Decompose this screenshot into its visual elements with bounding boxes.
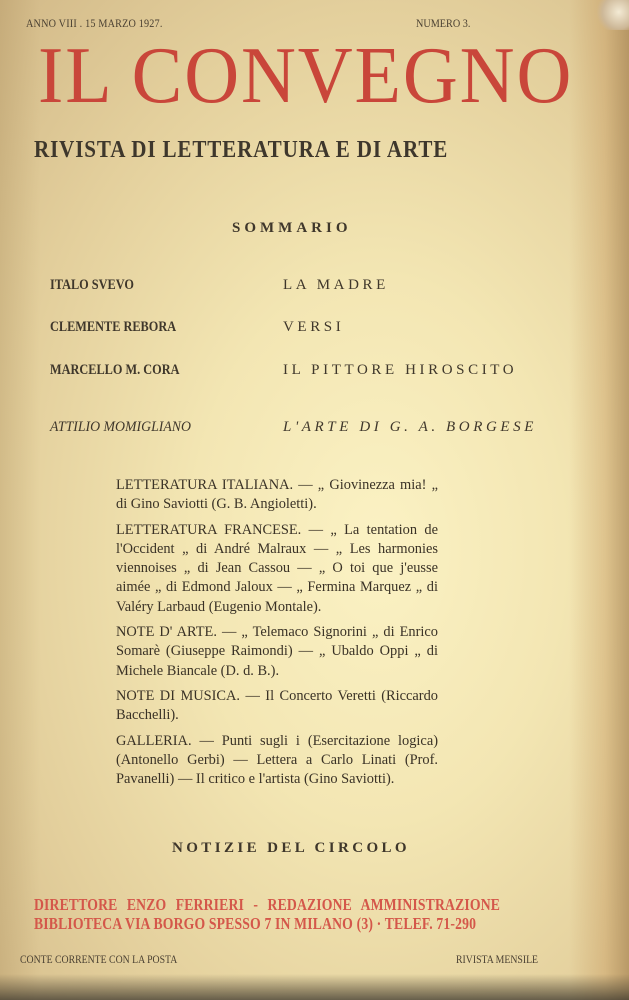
rubrica-heading: GALLERIA. [116,733,192,749]
torn-corner [595,0,629,30]
toc-entry: ITALO SVEVO LA MADRE [50,277,570,297]
rubrica-heading: NOTE DI MUSICA. [116,688,240,704]
toc-title: IL PITTORE HIROSCITO [283,362,517,379]
rubrica-letteratura-francese: LETTERATURA FRANCESE. — „ La tentation d… [116,521,438,617]
rubrica-heading: LETTERATURA ITALIANA. [116,477,293,493]
toc-title: VERSI [283,319,344,336]
rubrica-note-arte: NOTE D' ARTE. — „ Telemaco Signorini „ d… [116,623,438,681]
rubrica-heading: LETTERATURA FRANCESE. [116,522,301,538]
issue-info: ANNO VIII . 15 MARZO 1927. [26,16,163,31]
colophon: DIRETTORE ENZO FERRIERI - REDAZIONE AMMI… [34,895,554,933]
toc-title: L'ARTE DI G. A. BORGESE [283,419,537,436]
toc-entry: MARCELLO M. CORA IL PITTORE HIROSCITO [50,362,570,382]
issue-number: NUMERO 3. [416,16,470,31]
rubrica-galleria: GALLERIA. — Punti sugli i (Esercitazione… [116,732,438,790]
rubrica-heading: NOTE D' ARTE. [116,624,217,640]
rubriche-section: LETTERATURA ITALIANA. — „ Giovinezza mia… [116,476,438,795]
notizie-heading: NOTIZIE DEL CIRCOLO [172,840,410,857]
toc-entry: ATTILIO MOMIGLIANO L'ARTE DI G. A. BORGE… [50,419,570,439]
toc-author: ITALO SVEVO [50,277,134,294]
toc-author: CLEMENTE REBORA [50,319,176,336]
magazine-cover: ANNO VIII . 15 MARZO 1927. NUMERO 3. IL … [0,0,629,1000]
paper-aging-right [569,0,629,1000]
rubrica-letteratura-italiana: LETTERATURA ITALIANA. — „ Giovinezza mia… [116,476,438,515]
rubrica-note-musica: NOTE DI MUSICA. — Il Concerto Veretti (R… [116,687,438,726]
toc-author: MARCELLO M. CORA [50,362,179,379]
colophon-line-2: BIBLIOTECA VIA BORGO SPESSO 7 IN MILANO … [34,914,466,933]
paper-aging-bottom [0,974,629,1000]
footer-postal-note: CONTE CORRENTE CON LA POSTA [20,954,177,966]
masthead-subtitle: RIVISTA DI LETTERATURA E DI ARTE [34,136,448,164]
colophon-line-1: DIRETTORE ENZO FERRIERI - REDAZIONE AMMI… [34,895,466,914]
toc-entry: CLEMENTE REBORA VERSI [50,319,570,339]
toc-author: ATTILIO MOMIGLIANO [50,419,191,436]
sommario-heading: SOMMARIO [232,220,352,237]
masthead-title: IL CONVEGNO [38,36,573,116]
footer-periodicity: RIVISTA MENSILE [456,954,538,966]
toc-title: LA MADRE [283,277,389,294]
